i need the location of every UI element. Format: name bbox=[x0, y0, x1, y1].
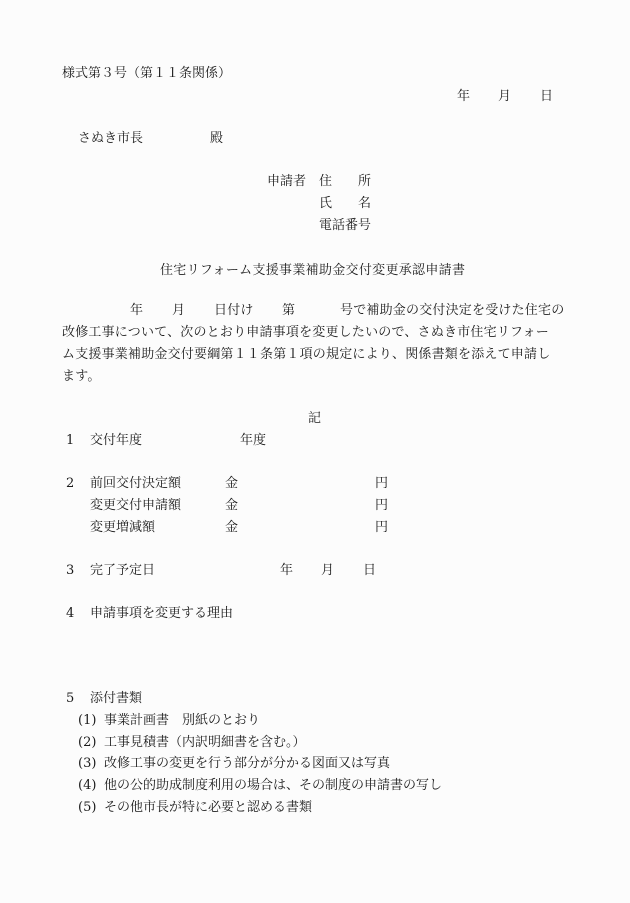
document-title: 住宅リフォーム支援事業補助金交付変更承認申請書 bbox=[160, 263, 465, 279]
item-2-number: 2 bbox=[66, 476, 74, 492]
body-no: 第 bbox=[282, 300, 295, 322]
item-1-year-suffix: 年度 bbox=[240, 433, 266, 449]
name-label: 氏 名 bbox=[319, 196, 371, 212]
attachment-4-text: 他の公的助成制度利用の場合は、その制度の申請書の写し bbox=[104, 778, 442, 794]
item-4-label: 申請事項を変更する理由 bbox=[90, 606, 233, 622]
applicant-label: 申請者 bbox=[267, 174, 306, 190]
body-month: 月 bbox=[172, 300, 185, 322]
previous-amount-suffix: 円 bbox=[375, 476, 388, 492]
attachment-4-number: (4) bbox=[78, 778, 96, 794]
item-3-month: 月 bbox=[321, 563, 334, 579]
attachment-1-text: 事業計画書 別紙のとおり bbox=[104, 713, 260, 729]
previous-amount-label: 前回交付決定額 bbox=[90, 476, 181, 492]
body-line-3: ム支援事業補助金交付要綱第１１条第１項の規定により、関係書類を添えて申請し bbox=[62, 344, 582, 366]
addressee-name: さぬき市長 bbox=[78, 131, 143, 147]
requested-amount-label: 変更交付申請額 bbox=[90, 498, 181, 514]
item-5-number: 5 bbox=[66, 691, 74, 707]
previous-amount-prefix: 金 bbox=[225, 476, 238, 492]
item-3-day: 日 bbox=[363, 563, 376, 579]
body-line-1: 年 月 日付け 第 号で補助金の交付決定を受けた住宅の bbox=[62, 300, 582, 322]
body-line-2: 改修工事について、次のとおり申請事項を変更したいので、さぬき市住宅リフォー bbox=[62, 322, 582, 344]
body-day: 日付け bbox=[214, 300, 254, 322]
body-paragraph: 年 月 日付け 第 号で補助金の交付決定を受けた住宅の 改修工事について、次のと… bbox=[62, 300, 582, 388]
body-line-4: ます。 bbox=[62, 366, 582, 388]
difference-amount-prefix: 金 bbox=[225, 520, 238, 536]
date-month-label: 月 bbox=[498, 89, 511, 105]
item-1-number: 1 bbox=[66, 433, 74, 449]
ki-heading: 記 bbox=[308, 411, 321, 427]
attachment-5-text: その他市長が特に必要と認める書類 bbox=[104, 800, 312, 816]
address-label: 住 所 bbox=[319, 174, 371, 190]
attachment-2-text: 工事見積書（内訳明細書を含む。） bbox=[104, 735, 306, 751]
date-day-label: 日 bbox=[540, 89, 553, 105]
body-year: 年 bbox=[130, 300, 143, 322]
item-4-number: 4 bbox=[66, 606, 74, 622]
requested-amount-prefix: 金 bbox=[225, 498, 238, 514]
body-line1-rest: 号で補助金の交付決定を受けた住宅の bbox=[340, 300, 564, 322]
attachment-1-number: (1) bbox=[78, 713, 96, 729]
difference-amount-suffix: 円 bbox=[375, 520, 388, 536]
requested-amount-suffix: 円 bbox=[375, 498, 388, 514]
item-3-number: 3 bbox=[66, 563, 74, 579]
item-5-label: 添付書類 bbox=[90, 691, 142, 707]
addressee-honorific: 殿 bbox=[210, 131, 223, 147]
date-year-label: 年 bbox=[457, 89, 470, 105]
item-1-label: 交付年度 bbox=[90, 433, 142, 449]
phone-label: 電話番号 bbox=[319, 218, 371, 234]
item-3-year: 年 bbox=[280, 563, 293, 579]
attachment-3-text: 改修工事の変更を行う部分が分かる図面又は写真 bbox=[104, 756, 390, 772]
item-3-label: 完了予定日 bbox=[90, 563, 155, 579]
attachment-2-number: (2) bbox=[78, 735, 96, 751]
attachment-3-number: (3) bbox=[78, 756, 96, 772]
attachment-5-number: (5) bbox=[78, 800, 96, 816]
form-number: 様式第３号（第１１条関係） bbox=[62, 66, 231, 82]
difference-amount-label: 変更増減額 bbox=[90, 520, 155, 536]
